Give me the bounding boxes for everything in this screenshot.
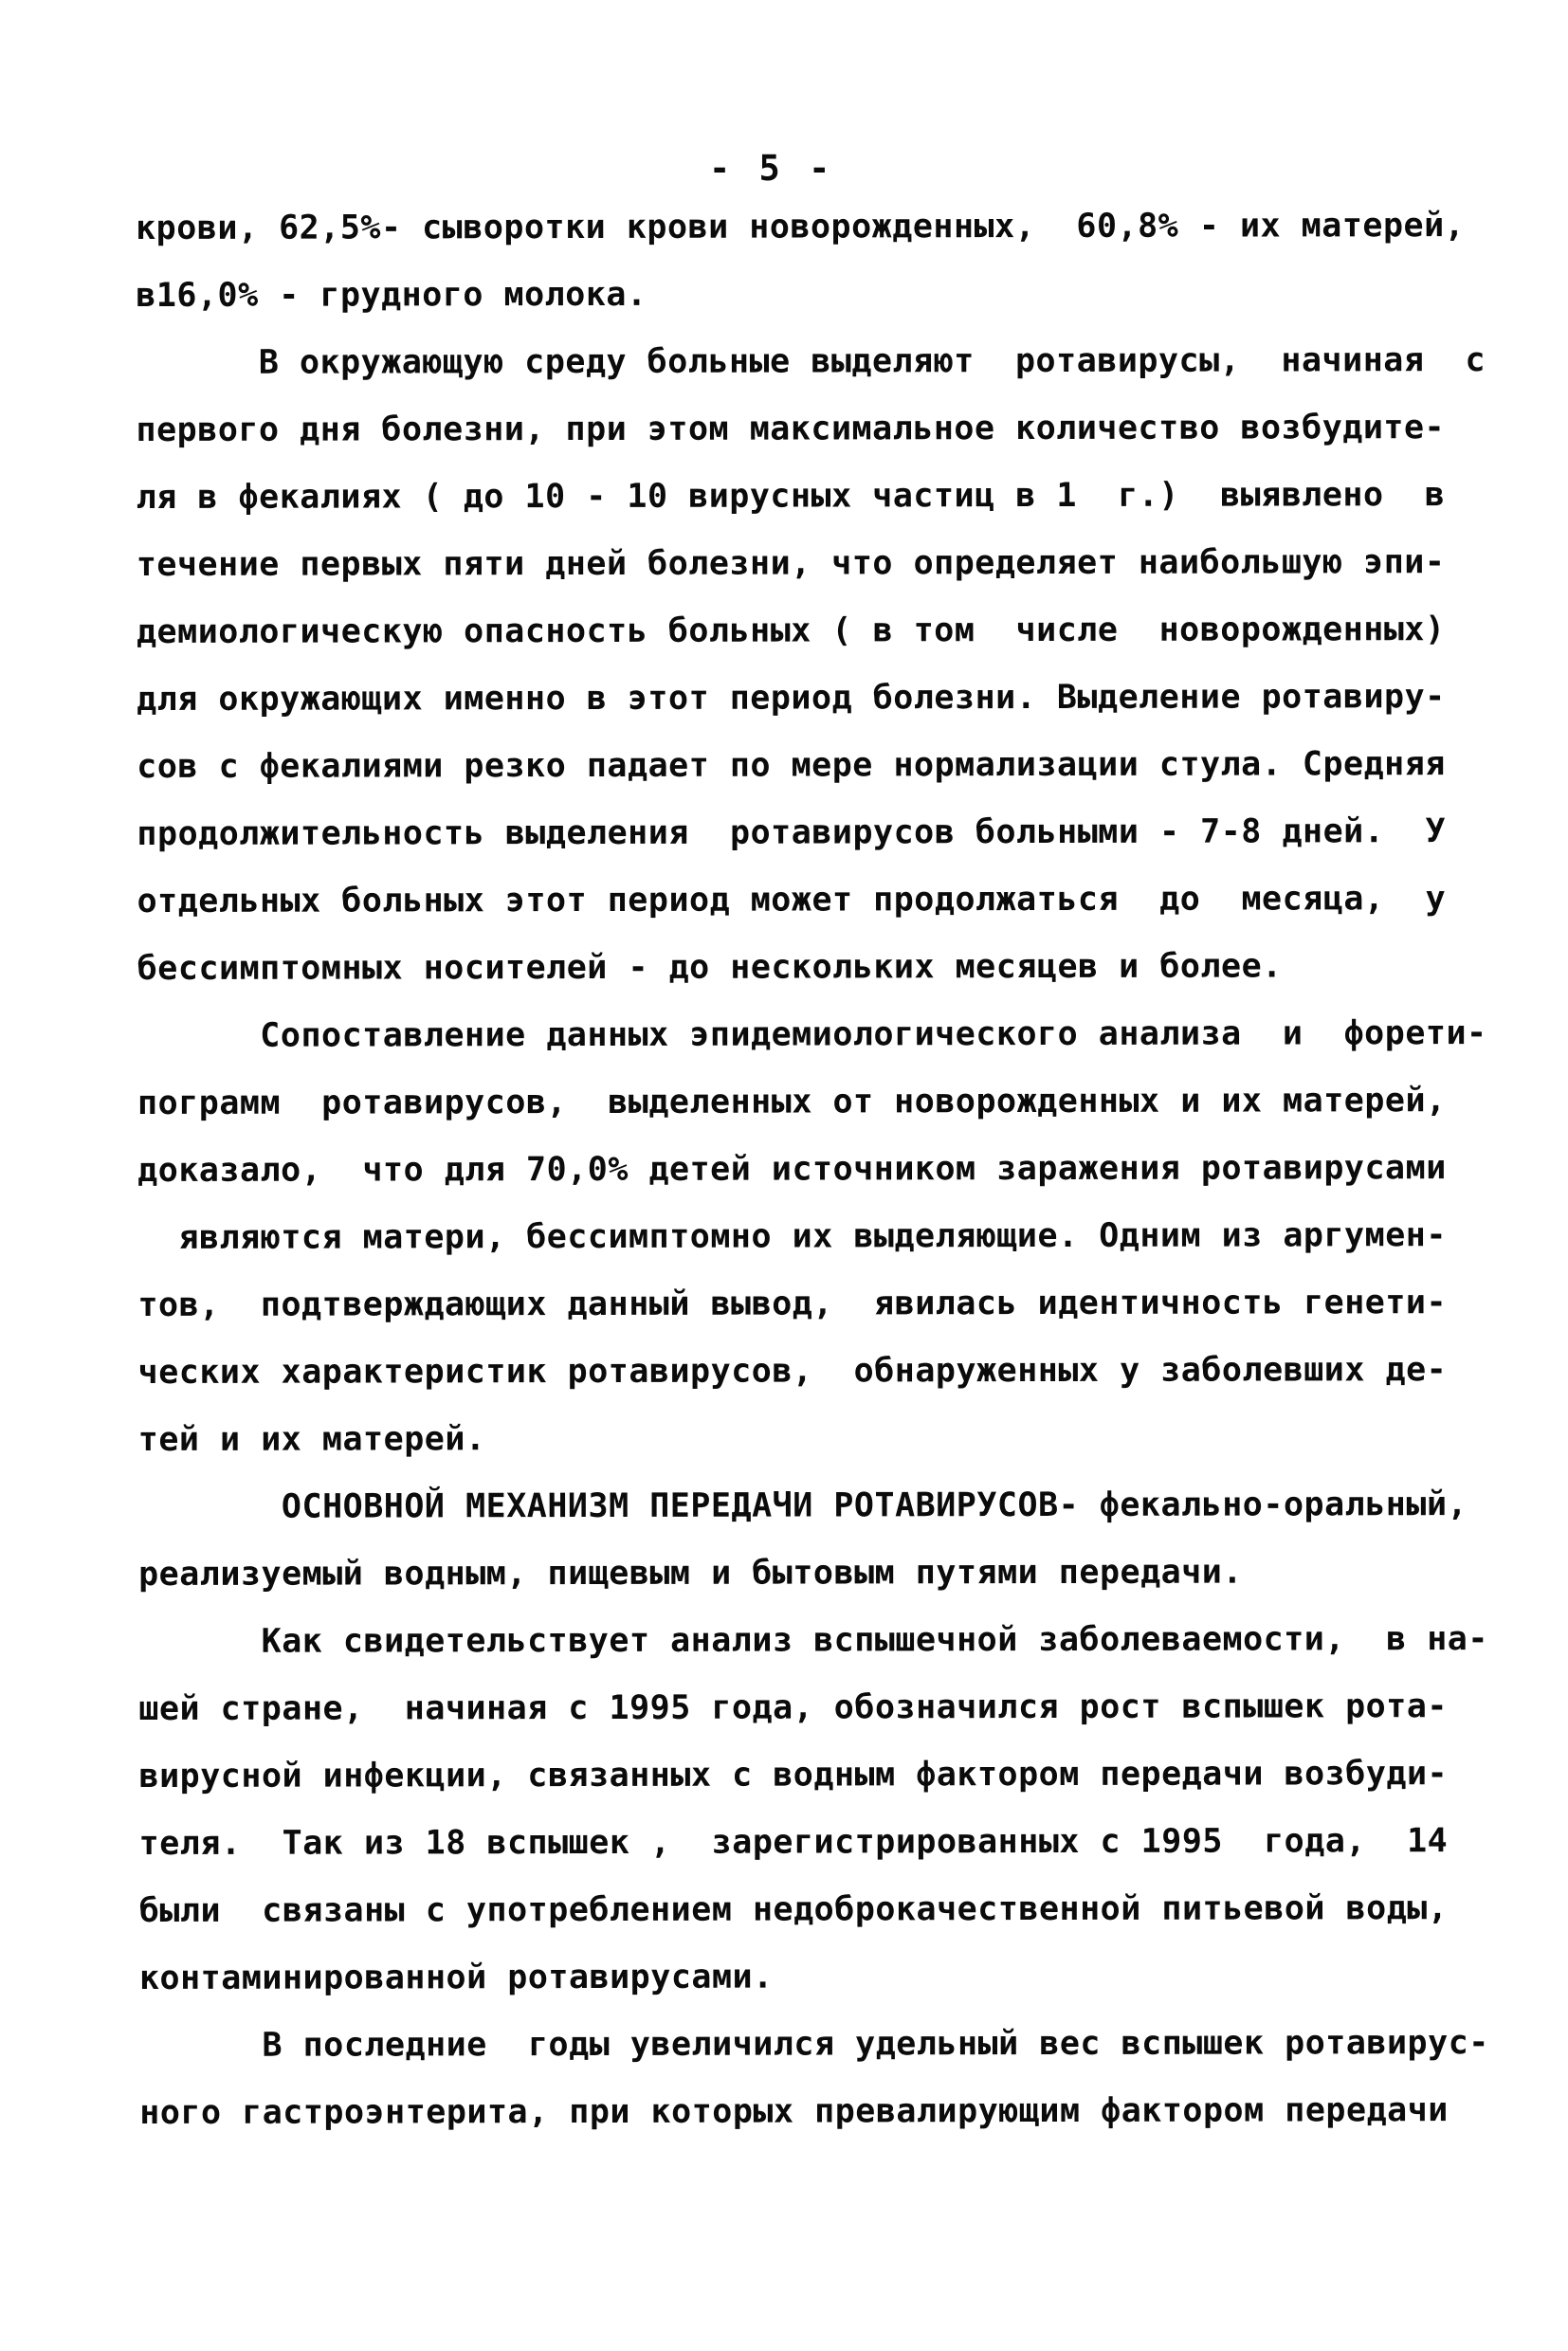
- page-number: - 5 -: [709, 148, 833, 189]
- body-text: крови, 62,5%- сыворотки крови новорожден…: [136, 192, 1489, 2147]
- document-page: - 5 - крови, 62,5%- сыворотки крови ново…: [0, 0, 1568, 2351]
